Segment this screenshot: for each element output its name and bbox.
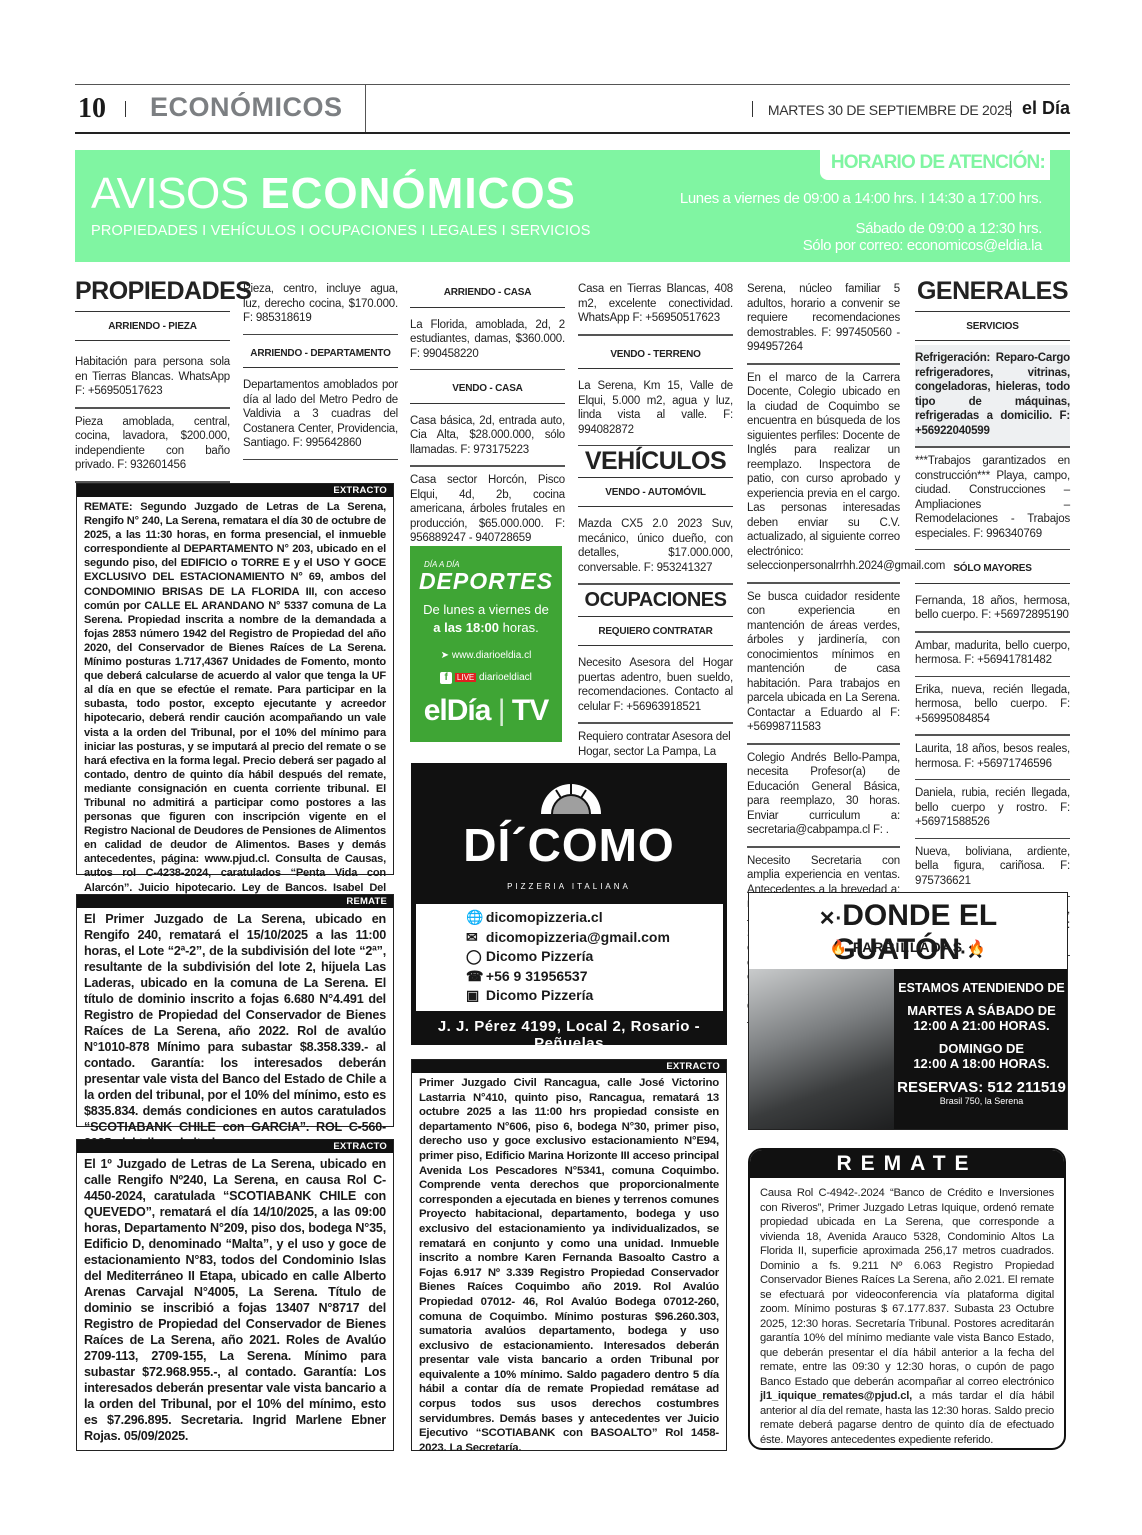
classified-ad: Casa en Tierras Blancas, 408 m2, excelen… xyxy=(578,282,733,336)
banner-title: AVISOS ECONÓMICOS xyxy=(91,172,576,216)
subcategory-arriendo-pieza: ARRIENDO - PIEZA xyxy=(75,311,230,342)
classified-ad: Requiero contratar Asesora del Hogar, se… xyxy=(578,724,733,767)
contact-facebook[interactable]: ▣ Dicomo Pizzería xyxy=(466,986,670,1006)
legal-tag: EXTRACTO xyxy=(77,1140,393,1153)
tv-logo: TV xyxy=(512,694,548,727)
dicomo-tagline: PIZZERIA ITALIANA xyxy=(412,882,726,891)
legal-tag: EXTRACTO xyxy=(412,1060,726,1073)
ad-social: diarioeldiacl xyxy=(479,672,532,683)
dicomo-email: dicomopizzeria@gmail.com xyxy=(486,929,670,945)
classified-ad: Ambar, madurita, bello cuerpo, hermosa. … xyxy=(915,633,1070,677)
ad-time-suffix: horas. xyxy=(499,620,539,635)
facebook-icon: ▣ xyxy=(466,986,482,1006)
remate-text-1: Causa Rol C-4942-.2024 “Banco de Crédito… xyxy=(760,1187,1054,1388)
section-title: ECONÓMICOS xyxy=(150,92,343,123)
legal-text: REMATE: Segundo Juzgado de Letras de La … xyxy=(77,497,393,915)
whatsapp-icon: ☎ xyxy=(466,967,482,987)
mail-icon: ✉ xyxy=(466,928,482,948)
legal-notice-extracto: EXTRACTO REMATE: Segundo Juzgado de Letr… xyxy=(76,483,394,875)
column-3: ARRIENDO - CASA La Florida, amoblada, 2d… xyxy=(410,278,565,554)
contact-email[interactable]: ✉ dicomopizzeria@gmail.com xyxy=(466,928,670,948)
subcategory-arriendo-casa: ARRIENDO - CASA xyxy=(410,278,565,308)
pizza-oven-icon xyxy=(536,776,606,816)
header-divider xyxy=(365,84,366,132)
guaton-sub: 🔥 PARRILLADAS 🔥 xyxy=(749,939,1067,956)
guaton-sunday: DOMINGO DE xyxy=(894,1041,1068,1056)
separator xyxy=(1010,101,1011,117)
guaton-sunday-hours: 12:00 A 18:00 HORAS. xyxy=(894,1056,1068,1071)
contact-web[interactable]: 🌐 dicomopizzeria.cl xyxy=(466,908,670,928)
dicomo-pizzeria-ad[interactable]: DÍ´COMO PIZZERIA ITALIANA 🌐 dicomopizzer… xyxy=(411,763,727,1045)
issue-date: MARTES 30 DE SEPTIEMBRE DE 2025 xyxy=(768,102,1012,118)
legal-tag: EXTRACTO xyxy=(77,484,393,497)
classified-ad: Erika, nueva, recién llegada, hermosa, b… xyxy=(915,677,1070,737)
deportes-ad[interactable]: DÍA A DÍA DEPORTES De lunes a viernes de… xyxy=(410,546,562,742)
column-2: Pieza, centro, incluye agua, luz, derech… xyxy=(243,282,398,460)
remate-email-link[interactable]: jl1_iquique_remates@pjud.cl, xyxy=(760,1390,912,1402)
globe-icon: 🌐 xyxy=(466,908,482,928)
category-propiedades: PROPIEDADES xyxy=(75,272,230,307)
banner-title-light: AVISOS xyxy=(91,169,260,218)
classified-ad: Casa sector Horcón, Pisco Elqui, 4d, 2b,… xyxy=(410,467,565,554)
guaton-logo: ✕·DONDE EL GUATÓN·✕ xyxy=(749,899,1067,967)
legal-notice-extracto: EXTRACTO Primer Juzgado Civil Rancagua, … xyxy=(411,1059,727,1451)
live-badge: LIVE xyxy=(455,673,476,682)
classified-ad: En el marco de la Carrera Docente, Coleg… xyxy=(747,365,900,584)
banner-categories: PROPIEDADES I VEHÍCULOS I OCUPACIONES I … xyxy=(91,223,591,239)
guaton-days: MARTES A SÁBADO DE xyxy=(894,1003,1068,1018)
classified-ad: Mazda CX5 2.0 2023 Suv, mecánico, único … xyxy=(578,511,733,585)
flame-icon: 🔥 xyxy=(968,939,986,955)
cursor-icon: ➤ xyxy=(441,650,449,661)
legal-text: Primer Juzgado Civil Rancagua, calle Jos… xyxy=(412,1073,726,1461)
legal-text: El 1º Juzgado de Letras de La Serena, ub… xyxy=(77,1153,393,1450)
classified-ad: Laurita, 18 años, besos reales, hermosa.… xyxy=(915,736,1070,780)
classified-ad: ***Trabajos garantizados en construcción… xyxy=(915,448,1070,550)
contact-instagram[interactable]: ◯ Dicomo Pizzería xyxy=(466,947,670,967)
dicomo-instagram: Dicomo Pizzería xyxy=(486,948,593,964)
classified-ad: Departamentos amoblados por día al lado … xyxy=(243,372,398,460)
guaton-address: Brasil 750, la Serena xyxy=(894,1096,1068,1106)
subcategory-solo-mayores: SÓLO MAYORES xyxy=(915,554,1070,584)
contact-whatsapp[interactable]: ☎ +56 9 31956537 xyxy=(466,967,670,987)
dicomo-logo: DÍ´COMO xyxy=(412,818,726,872)
separator xyxy=(125,101,126,117)
grill-photo xyxy=(749,969,894,1130)
hours-saturday: Sábado de 09:00 a 12:30 hrs. xyxy=(856,220,1042,237)
subcategory-vendo-automovil: VENDO - AUTOMÓVIL xyxy=(578,477,733,508)
category-generales: GENERALES xyxy=(915,272,1070,307)
legal-notice-extracto: EXTRACTO El 1º Juzgado de Letras de La S… xyxy=(76,1139,394,1451)
flame-icon: 🔥 xyxy=(830,939,848,955)
category-vehiculos: VEHÍCULOS xyxy=(578,446,733,473)
classified-ad: Pieza, centro, incluye agua, luz, derech… xyxy=(243,282,398,335)
facebook-icon: f xyxy=(440,672,452,684)
hours-weekdays: Lunes a viernes de 09:00 a 14:00 hrs. I … xyxy=(680,190,1042,207)
column-1: PROPIEDADES ARRIENDO - PIEZA Habitación … xyxy=(75,272,230,483)
page-number: 10 xyxy=(78,93,106,125)
donde-el-guaton-ad[interactable]: ✕·DONDE EL GUATÓN·✕ 🔥 PARRILLADAS 🔥 ESTA… xyxy=(748,892,1068,1130)
classified-ad: Pieza amoblada, central, cocina, lavador… xyxy=(75,409,230,483)
classified-ad: Daniela, rubia, recién llegada, bello cu… xyxy=(915,780,1070,839)
newspaper-logo: el Día xyxy=(1022,98,1070,119)
subcategory-servicios: SERVICIOS xyxy=(915,311,1070,342)
dicomo-web: dicomopizzeria.cl xyxy=(486,909,603,925)
avisos-banner: AVISOS ECONÓMICOS PROPIEDADES I VEHÍCULO… xyxy=(75,150,1070,262)
remate-judicial-text: Causa Rol C-4942-.2024 “Banco de Crédito… xyxy=(750,1178,1064,1450)
ad-time: a las 18:00 xyxy=(433,620,499,635)
guaton-weekday-hours: 12:00 A 21:00 HORAS. xyxy=(894,1018,1068,1033)
separator xyxy=(752,101,753,117)
header-bottom-rule xyxy=(75,132,1070,134)
remate-judicial-notice: REMATE JUDICIAL Causa Rol C-4942-.2024 “… xyxy=(748,1148,1066,1450)
ad-title: DEPORTES xyxy=(410,568,562,595)
column-4: Casa en Tierras Blancas, 408 m2, excelen… xyxy=(578,282,733,767)
guaton-subtitle: PARRILLADAS xyxy=(853,939,963,955)
remate-judicial-title: REMATE JUDICIAL xyxy=(750,1150,1064,1178)
column-6: GENERALES SERVICIOS Refrigeración: Repar… xyxy=(915,272,1070,956)
legal-notice-remate: REMATE El Primer Juzgado de La Serena, u… xyxy=(76,894,394,1127)
subcategory-vendo-terreno: VENDO - TERRENO xyxy=(578,340,733,370)
instagram-icon: ◯ xyxy=(466,947,482,967)
classified-ad: Nueva, boliviana, ardiente, bella figura… xyxy=(915,839,1070,898)
classified-ad: Fernanda, 18 años, hermosa, bello cuerpo… xyxy=(915,588,1070,633)
classified-ad: Casa básica, 2d, entrada auto, Cia Alta,… xyxy=(410,408,565,468)
ad-web: www.diarioeldia.cl xyxy=(452,650,531,661)
classified-ad: Refrigeración: Reparo-Cargo refrigerador… xyxy=(915,345,1070,448)
eldia-logo: elDía xyxy=(424,694,491,727)
subcategory-vendo-casa: VENDO - CASA xyxy=(410,374,565,404)
guaton-phone: RESERVAS: 512 211519 xyxy=(894,1079,1068,1096)
dicomo-contact-panel: 🌐 dicomopizzeria.cl ✉ dicomopizzeria@gma… xyxy=(416,904,723,1011)
utensils-icon: ✕· xyxy=(819,908,842,930)
classified-ad: Necesito Asesora del Hogar puertas adent… xyxy=(578,650,733,724)
classified-ad: Serena, núcleo familiar 5 adultos, horar… xyxy=(747,282,900,365)
ad-line1: De lunes a viernes de xyxy=(410,602,562,617)
guaton-hours-intro: ESTAMOS ATENDIENDO DE xyxy=(894,981,1068,995)
dicomo-address: J. J. Pérez 4199, Local 2, Rosario - Peñ… xyxy=(412,1018,726,1052)
dicomo-phone: +56 9 31956537 xyxy=(486,968,588,984)
category-ocupaciones: OCUPACIONES xyxy=(578,585,733,612)
dicomo-facebook: Dicomo Pizzería xyxy=(486,987,593,1003)
banner-title-bold: ECONÓMICOS xyxy=(260,169,576,218)
subcategory-requiero-contratar: REQUIERO CONTRATAR xyxy=(578,616,733,647)
legal-tag: REMATE xyxy=(77,895,393,908)
classified-ad: Habitación para persona sola en Tierras … xyxy=(75,345,230,409)
subcategory-arriendo-departamento: ARRIENDO - DEPARTAMENTO xyxy=(243,339,398,369)
classified-ad: Se busca cuidador residente con experien… xyxy=(747,584,900,745)
hours-title: HORARIO DE ATENCIÓN: xyxy=(831,152,1045,174)
legal-text: El Primer Juzgado de La Serena, ubicado … xyxy=(77,908,393,1157)
classified-ad: La Serena, Km 15, Valle de Elqui, 5.000 … xyxy=(578,373,733,446)
header-top-rule xyxy=(75,84,1070,85)
classified-ad: La Florida, amoblada, 2d, 2 estudiantes,… xyxy=(410,312,565,371)
classified-ad: Colegio Andrés Bello-Pampa, necesita Pro… xyxy=(747,745,900,848)
contact-email: Sólo por correo: economicos@eldia.la xyxy=(803,237,1042,254)
